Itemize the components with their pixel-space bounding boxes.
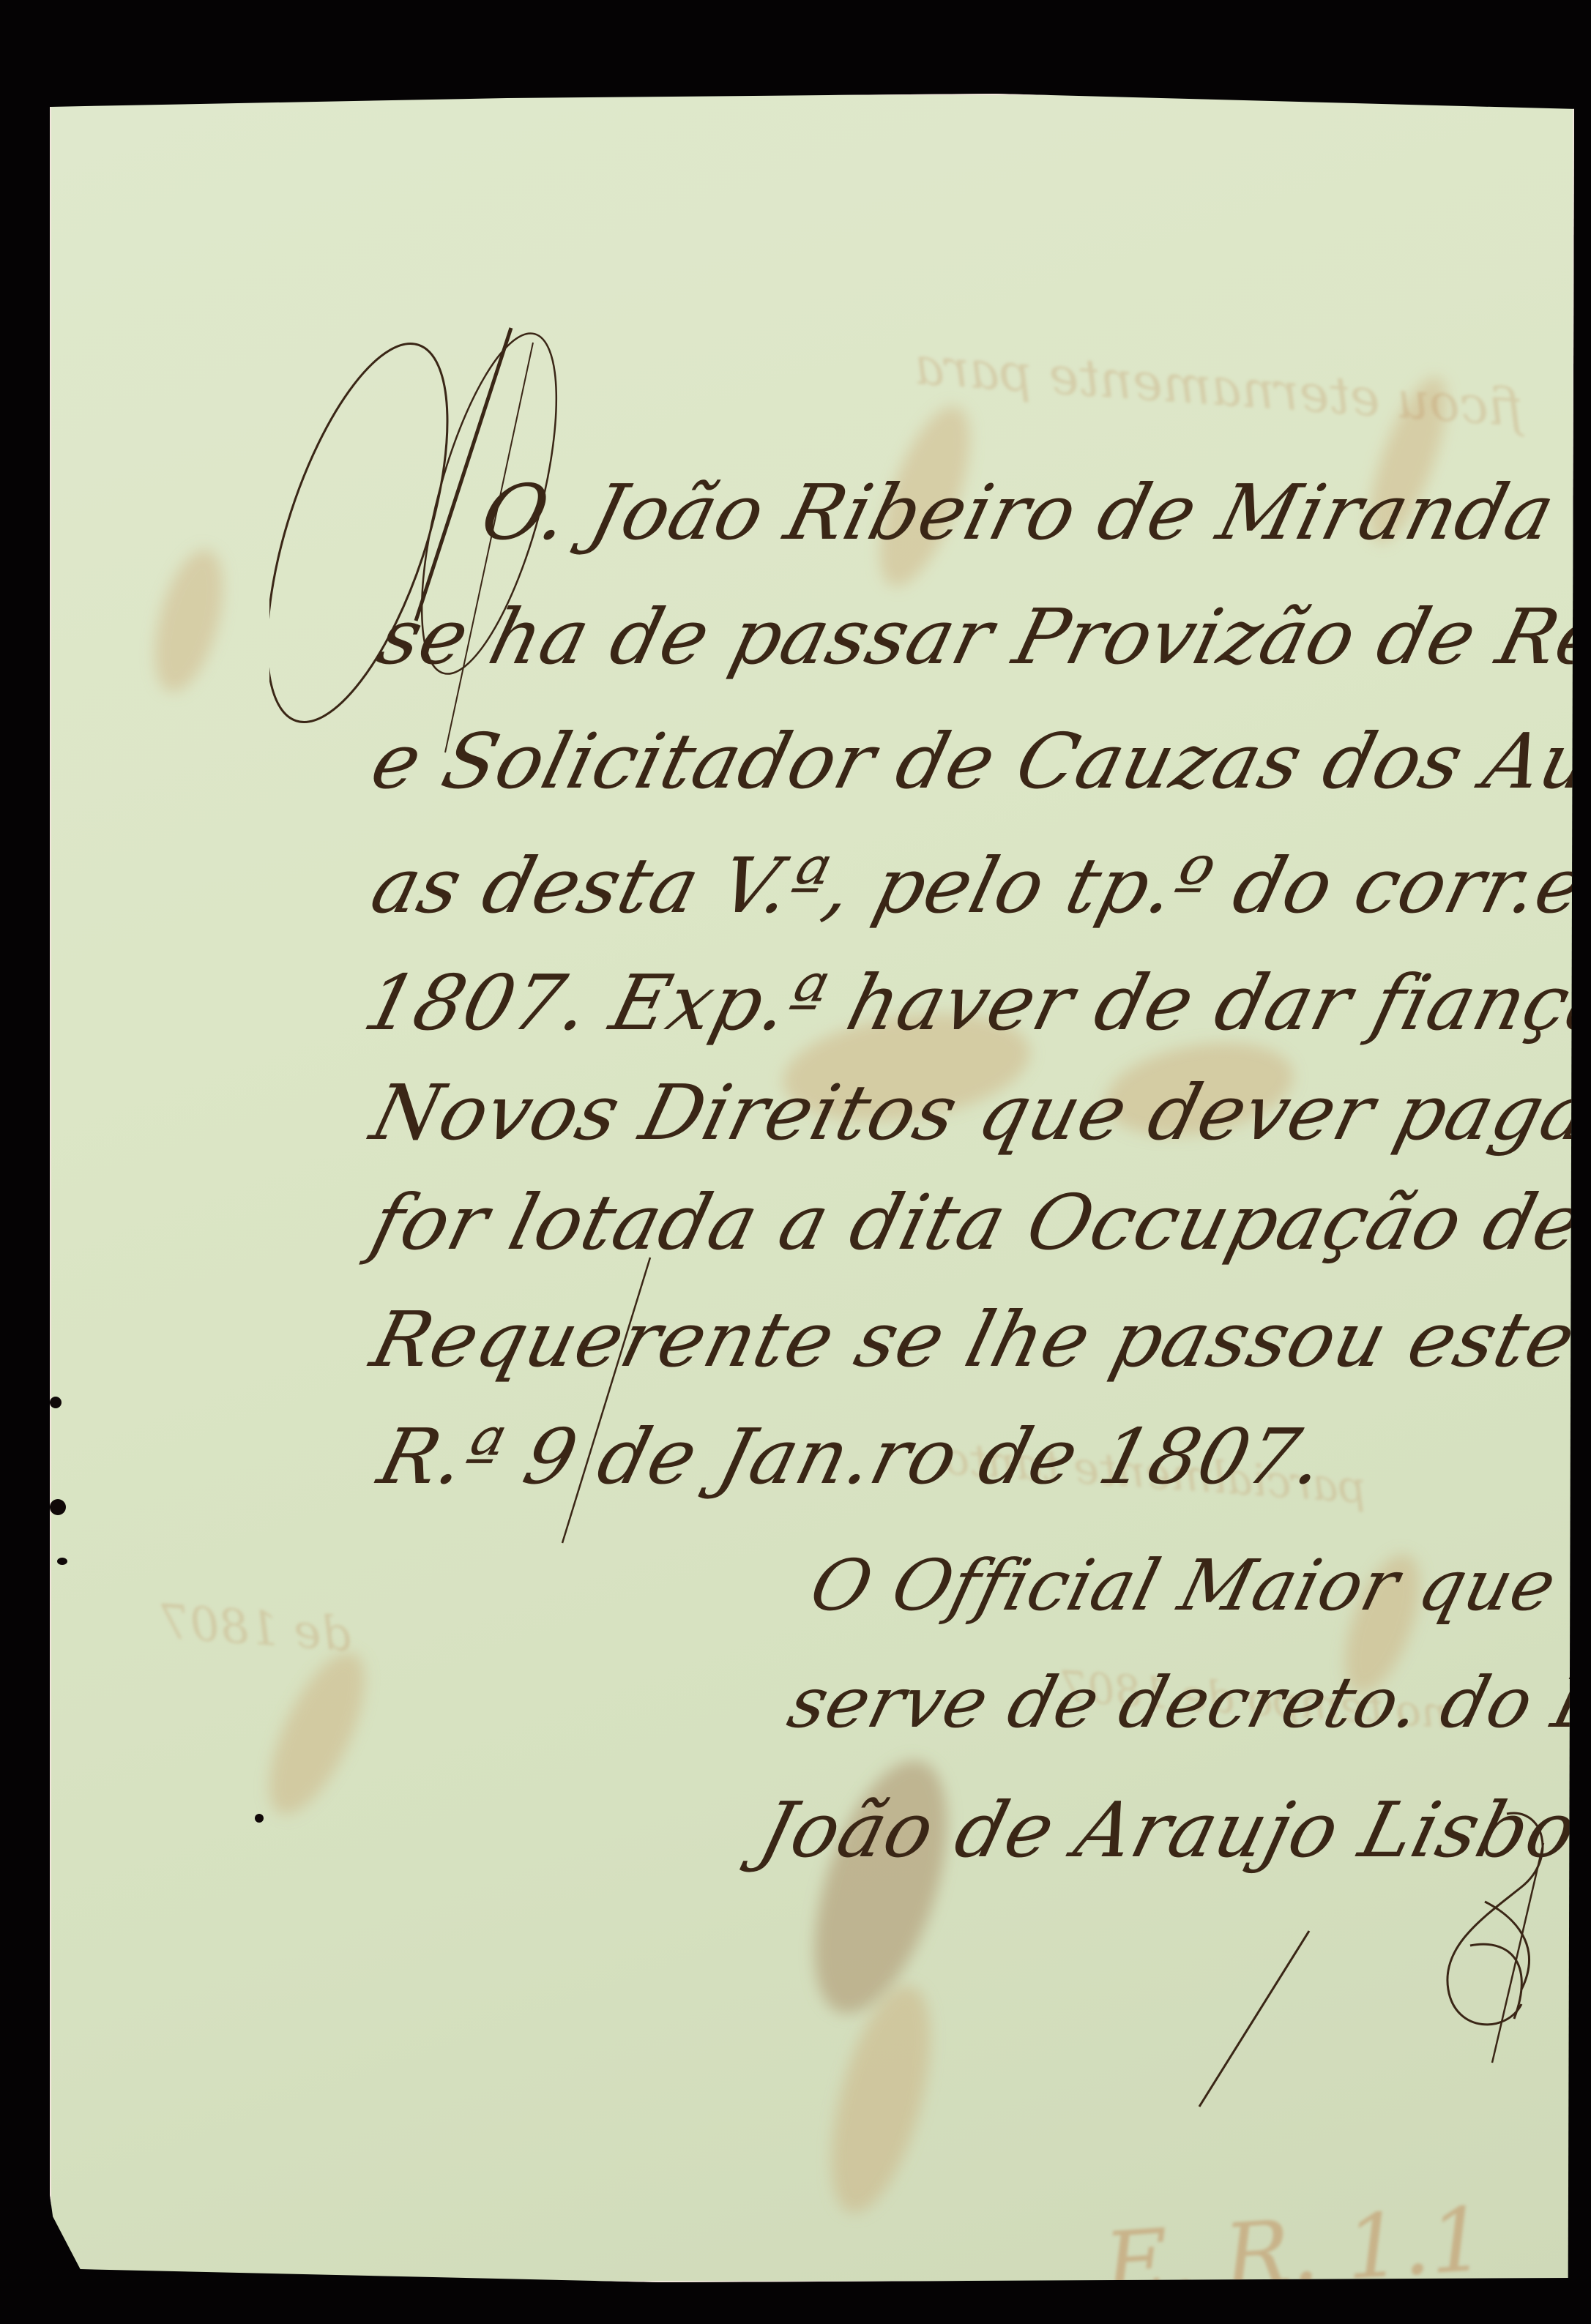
body-line-2: se ha de passar Provizão de Requerente	[372, 599, 1591, 675]
body-line-3: e Solicitador de Cauzas dos Auditori-	[365, 723, 1591, 799]
signature-line-2: serve de decreto. do Ex.mo	[782, 1667, 1591, 1738]
signature-rubric-icon	[1397, 1799, 1573, 2077]
ink-speck	[50, 1397, 62, 1408]
signature-line-1: O Official Maior que	[804, 1550, 1563, 1621]
body-line-4: as desta V.ª, pelo tp.º do corr.e anno d…	[365, 848, 1591, 924]
bleed-through-text: de 1807	[158, 1595, 354, 1662]
stain	[250, 1640, 384, 1827]
body-line-7: for lotada a dita Occupação de	[365, 1184, 1590, 1260]
ink-speck	[255, 1814, 264, 1823]
stain	[811, 1976, 950, 2223]
bleed-through-text: ficou eternamente para	[912, 336, 1525, 438]
body-line-5: 1807. Exp.ª haver de dar fianças aos	[357, 965, 1591, 1041]
body-line-6: Novos Direitos que dever pagar q.do	[365, 1075, 1591, 1151]
body-line-9: R.ª 9 de Jan.ro de 1807.	[372, 1419, 1333, 1495]
ink-speck	[50, 1499, 66, 1515]
signature-tail-icon	[1177, 1924, 1324, 2114]
descender-stroke-icon	[533, 1250, 679, 1558]
body-line-1: O. João Ribeiro de Miranda	[474, 474, 1562, 550]
manuscript-page: ficou eternamente para parcialmente tant…	[50, 94, 1574, 2282]
ink-speck	[57, 1558, 67, 1565]
scan-background: ficou eternamente para parcialmente tant…	[0, 0, 1591, 2324]
bottom-faint-mark: E. R. 1.1	[1101, 2189, 1489, 2317]
stain	[141, 542, 236, 699]
